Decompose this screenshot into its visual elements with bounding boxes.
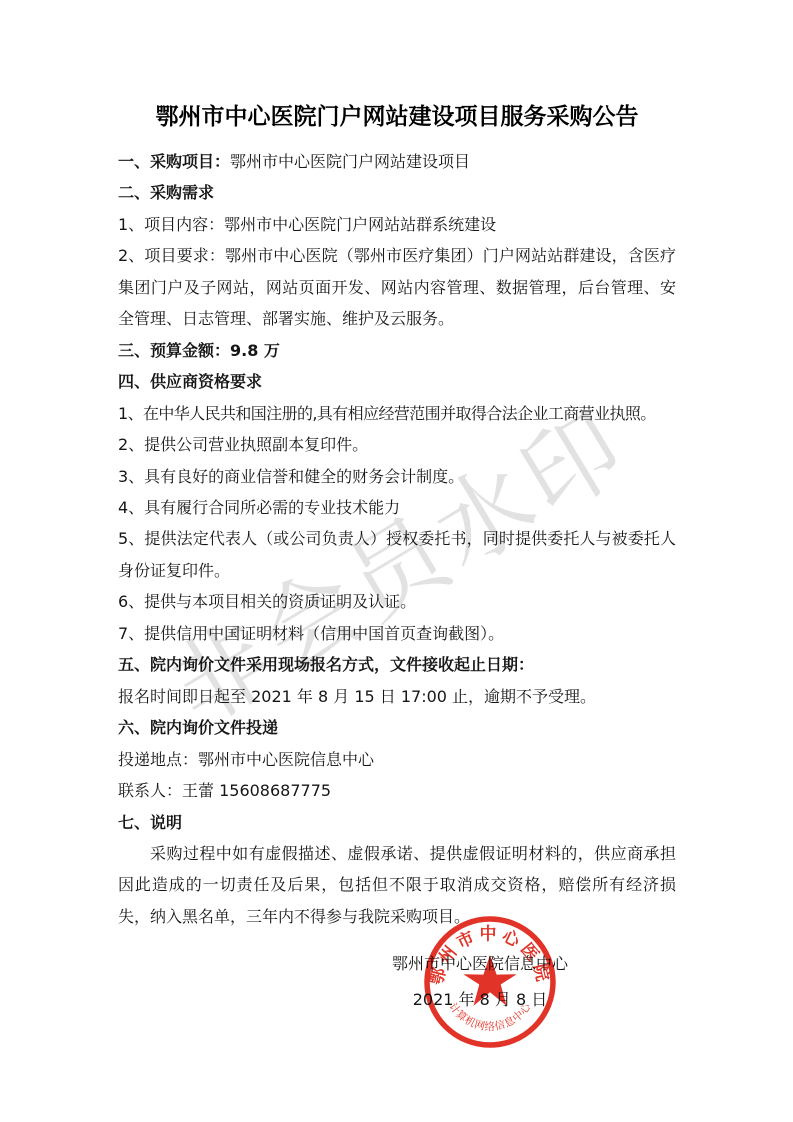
official-seal-stamp: 鄂州市中心医院 计算机网络信息中心 <box>421 913 559 1051</box>
paragraph-lead: 五、院内询价文件采用现场报名方式，文件接收起止日期： <box>118 655 534 674</box>
paragraph: 5、提供法定代表人（或公司负责人）授权委托书，同时提供委托人与被委托人身份证复印… <box>118 523 676 586</box>
paragraph-lead: 二、采购需求 <box>118 183 214 202</box>
paragraph: 1、在中华人民共和国注册的,具有相应经营范围并取得合法企业工商营业执照。 <box>118 398 676 429</box>
paragraph-text: 6、提供与本项目相关的资质证明及认证。 <box>118 592 416 611</box>
paragraph-lead: 四、供应商资格要求 <box>118 372 262 391</box>
paragraph-lead: 一、采购项目： <box>118 152 230 171</box>
paragraph-text: 1、项目内容：鄂州市中心医院门户网站站群系统建设 <box>118 215 496 234</box>
paragraph-text: 2、项目要求：鄂州市中心医院（鄂州市医疗集团）门户网站站群建设，含医疗集团门户及… <box>118 246 676 328</box>
paragraph: 2、提供公司营业执照副本复印件。 <box>118 429 676 460</box>
paragraph: 7、提供信用中国证明材料（信用中国首页查询截图）。 <box>118 618 676 649</box>
paragraph: 五、院内询价文件采用现场报名方式，文件接收起止日期： <box>118 649 676 680</box>
paragraph-lead: 三、预算金额：9.8 万 <box>118 341 280 360</box>
paragraph: 三、预算金额：9.8 万 <box>118 335 676 366</box>
stamp-arc-bottom-text: 计算机网络信息中心 <box>446 1000 533 1033</box>
paragraph: 3、具有良好的商业信誉和健全的财务会计制度。 <box>118 461 676 492</box>
svg-text:计算机网络信息中心: 计算机网络信息中心 <box>446 1000 533 1033</box>
paragraph: 六、院内询价文件投递 <box>118 712 676 743</box>
document-body: 鄂州市中心医院门户网站建设项目服务采购公告 一、采购项目：鄂州市中心医院门户网站… <box>118 100 676 932</box>
paragraph: 报名时间即日起至 2021 年 8 月 15 日 17:00 止，逾期不予受理。 <box>118 681 676 712</box>
paragraph: 一、采购项目：鄂州市中心医院门户网站建设项目 <box>118 146 676 177</box>
paragraph-text: 2、提供公司营业执照副本复印件。 <box>118 435 368 454</box>
paragraph-text: 采购过程中如有虚假描述、虚假承诺、提供虚假证明材料的，供应商承担因此造成的一切责… <box>118 844 676 926</box>
paragraph-text: 7、提供信用中国证明材料（信用中国首页查询截图）。 <box>118 624 504 643</box>
paragraph-lead: 七、说明 <box>118 813 182 832</box>
paragraph-lead: 六、院内询价文件投递 <box>118 718 278 737</box>
document-page: 非会员水印 鄂州市中心医院门户网站建设项目服务采购公告 一、采购项目：鄂州市中心… <box>0 0 793 1122</box>
paragraph-text: 投递地点：鄂州市中心医院信息中心 <box>118 750 374 769</box>
paragraph: 联系人：王蕾 15608687775 <box>118 775 676 806</box>
star-icon <box>463 955 516 1006</box>
paragraph-text: 联系人：王蕾 15608687775 <box>118 781 331 800</box>
paragraph: 二、采购需求 <box>118 177 676 208</box>
paragraph: 1、项目内容：鄂州市中心医院门户网站站群系统建设 <box>118 209 676 240</box>
paragraph: 2、项目要求：鄂州市中心医院（鄂州市医疗集团）门户网站站群建设，含医疗集团门户及… <box>118 240 676 334</box>
page-title: 鄂州市中心医院门户网站建设项目服务采购公告 <box>118 100 676 134</box>
paragraph: 投递地点：鄂州市中心医院信息中心 <box>118 744 676 775</box>
paragraph-text: 4、具有履行合同所必需的专业技术能力 <box>118 498 400 517</box>
paragraph-text: 1、在中华人民共和国注册的,具有相应经营范围并取得合法企业工商营业执照。 <box>118 404 656 423</box>
paragraph: 4、具有履行合同所必需的专业技术能力 <box>118 492 676 523</box>
paragraph-text: 鄂州市中心医院门户网站建设项目 <box>230 152 470 171</box>
paragraph-text: 5、提供法定代表人（或公司负责人）授权委托书，同时提供委托人与被委托人身份证复印… <box>118 529 676 579</box>
paragraph-text: 3、具有良好的商业信誉和健全的财务会计制度。 <box>118 467 464 486</box>
paragraph: 四、供应商资格要求 <box>118 366 676 397</box>
paragraph-text: 报名时间即日起至 2021 年 8 月 15 日 17:00 止，逾期不予受理。 <box>118 687 596 706</box>
paragraph: 七、说明 <box>118 807 676 838</box>
paragraph: 6、提供与本项目相关的资质证明及认证。 <box>118 586 676 617</box>
paragraph: 采购过程中如有虚假描述、虚假承诺、提供虚假证明材料的，供应商承担因此造成的一切责… <box>118 838 676 932</box>
